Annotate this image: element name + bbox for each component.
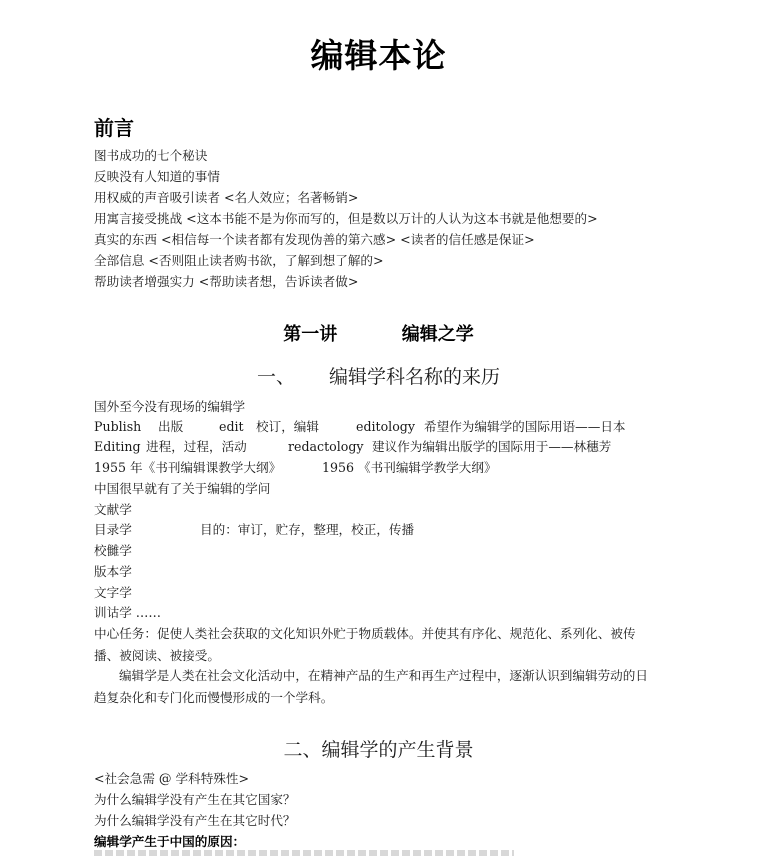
discipline-item: 文献学 bbox=[94, 500, 132, 520]
preface-line: 反映没有人知道的事情 bbox=[94, 167, 220, 187]
term-cn: 出版 bbox=[158, 417, 183, 437]
section2-line: <社会急需 @ 学科特殊性> bbox=[94, 769, 249, 789]
lecture-heading: 第一讲 编辑之学 bbox=[0, 320, 757, 346]
preface-line: 帮助读者增强实力 <帮助读者想，告诉读者做> bbox=[94, 272, 358, 292]
discipline-item: 版本学 bbox=[94, 562, 132, 582]
discipline-item: 训诂学 …… bbox=[94, 603, 161, 623]
section2-heading: 二、编辑学的产生背景 bbox=[0, 735, 757, 762]
preface-line: 用寓言接受挑战 <这本书能不是为你而写的，但是数以万计的人认为这本书就是他想要的… bbox=[94, 209, 598, 229]
preface-line: 全部信息 <否则阻止读者购书欲，了解到想了解的> bbox=[94, 251, 384, 271]
central-task-paragraph: 中心任务：促使人类社会获取的文化知识外贮于物质载体。并使其有序化、规范化、系列化… bbox=[94, 623, 654, 667]
discipline-item: 目录学 bbox=[94, 520, 132, 540]
cut-off-line bbox=[94, 850, 514, 856]
discipline-item: 校雠学 bbox=[94, 541, 132, 561]
section1-title: 编辑学科名称的来历 bbox=[329, 366, 500, 388]
term-en: edit bbox=[219, 417, 244, 437]
preface-line: 图书成功的七个秘诀 bbox=[94, 146, 207, 166]
lecture-number: 第一讲 bbox=[283, 320, 337, 346]
syllabus-1956: 1956 《书刊编辑学教学大纲》 bbox=[322, 458, 497, 478]
term-en: redactology bbox=[288, 437, 364, 457]
term-en: editology bbox=[356, 417, 415, 437]
syllabus-1955: 1955 年《书刊编辑课教学大纲》 bbox=[94, 458, 281, 478]
discipline-item: 文字学 bbox=[94, 583, 132, 603]
term-en: Editing bbox=[94, 437, 141, 457]
section2-line: 为什么编辑学没有产生在其它时代？ bbox=[94, 811, 296, 831]
purpose-text: 目的：审订，贮存，整理，校正，传播 bbox=[200, 520, 414, 540]
china-line: 中国很早就有了关于编辑的学问 bbox=[94, 479, 270, 499]
section1-heading: 一、 编辑学科名称的来历 bbox=[0, 362, 757, 389]
section2-bold-line: 编辑学产生于中国的原因： bbox=[94, 832, 245, 852]
preface-line: 用权威的声音吸引读者 <名人效应；名著畅销> bbox=[94, 188, 358, 208]
lecture-name: 编辑之学 bbox=[402, 320, 474, 346]
section2-line: 为什么编辑学没有产生在其它国家？ bbox=[94, 790, 296, 810]
preface-heading: 前言 bbox=[94, 112, 134, 141]
preface-line: 真实的东西 <相信每一个读者都有发现伪善的第六感> <读者的信任感是保证> bbox=[94, 230, 535, 250]
document-title: 编辑本论 bbox=[0, 30, 757, 77]
section1-number: 一、 bbox=[257, 366, 295, 388]
term-cn: 进程，过程，活动 bbox=[146, 437, 247, 457]
section1-intro: 国外至今没有现场的编辑学 bbox=[94, 397, 245, 417]
term-cn: 希望作为编辑学的国际用语——日本 bbox=[424, 417, 626, 437]
term-en: Publish bbox=[94, 417, 141, 437]
term-cn: 校订，编辑 bbox=[256, 417, 319, 437]
term-cn: 建议作为编辑出版学的国际用于——林穗芳 bbox=[372, 437, 611, 457]
definition-paragraph: 编辑学是人类在社会文化活动中，在精神产品的生产和再生产过程中，逐渐认识到编辑劳动… bbox=[94, 665, 654, 709]
